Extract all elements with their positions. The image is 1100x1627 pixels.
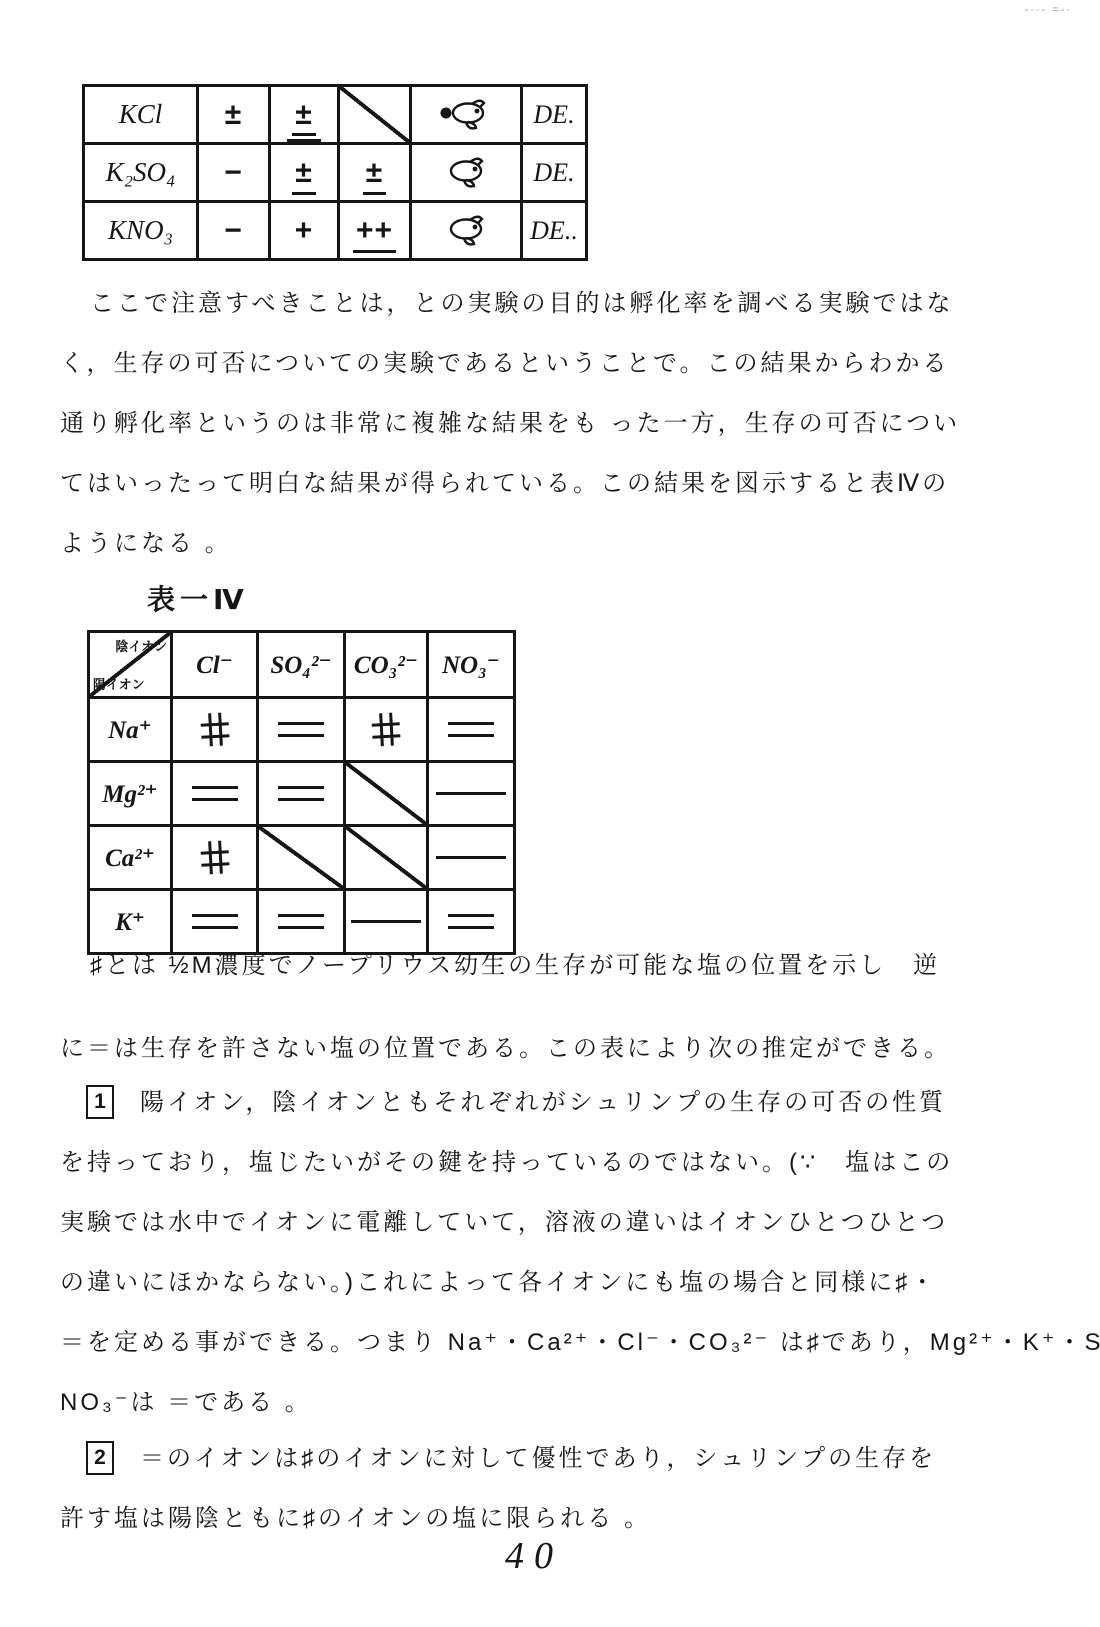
anion-label: 陰イオン: [115, 636, 167, 655]
survival-symbol: [173, 763, 256, 824]
row-header: Mg²⁺: [89, 762, 172, 826]
column-header: CO₃²⁻: [345, 632, 428, 698]
salt-result-table: KCl ± ± DE. K₂SO₄ − ±: [82, 84, 588, 261]
text-line: NO₃⁻は ＝である 。: [60, 1382, 1050, 1442]
survival-symbol: [429, 763, 513, 824]
shrimp-larva-icon: [439, 213, 493, 249]
survival-symbol: [259, 827, 343, 888]
text-line: 1陽イオン，陰イオンともそれぞれがシュリンプの生存の可否の性質: [60, 1082, 1050, 1142]
text-line: てはいったって明白な結果が得られている。この結果を図示すると表Ⅳの: [60, 463, 1050, 523]
result-symbol-underlined: ±: [292, 98, 315, 136]
shrimp-larva-icon: [439, 155, 493, 191]
table-row: Ca²⁺: [89, 826, 515, 890]
result-label: DE.: [522, 144, 587, 202]
text-line: ♯とは ½M濃度でノープリウス幼生の生存が可能な塩の位置を示し 逆: [60, 945, 1050, 1005]
row-header: Na⁺: [89, 698, 172, 762]
item-number-box: 2: [86, 1441, 114, 1475]
column-header: NO₃⁻: [428, 632, 515, 698]
table-row: K⁺: [89, 890, 515, 954]
paragraph: ♯とは ½M濃度でノープリウス幼生の生存が可能な塩の位置を示し 逆 に＝は生存を…: [60, 945, 1050, 1088]
table-header-row: 陰イオン 陽イオン Cl⁻ SO₄²⁻ CO₃²⁻ NO₃⁻: [89, 632, 515, 698]
survival-symbol: [429, 827, 513, 888]
survival-symbol: [173, 891, 256, 952]
text-line: を持っており，塩じたいがその鍵を持っているのではない。(∵ 塩はこの: [60, 1142, 1050, 1202]
shrimp-larva-icon: [439, 97, 493, 133]
survival-symbol: [346, 763, 426, 824]
corner-header-cell: 陰イオン 陽イオン: [89, 632, 172, 698]
cation-label: 陽イオン: [93, 674, 145, 693]
survival-symbol: [346, 699, 426, 760]
table-row: KNO₃ − + ++ DE..: [84, 202, 587, 260]
scanned-document-page: -··- =-· KCl ± ± DE.: [0, 0, 1100, 1627]
text-line: く，生存の可否についての実験であるということで。この結果からわかる: [60, 343, 1050, 403]
table-title: 表一Ⅳ: [147, 578, 249, 618]
survival-symbol: [259, 763, 343, 824]
survival-symbol: [346, 827, 426, 888]
survival-symbol: [173, 699, 256, 760]
item-number-box: 1: [86, 1085, 114, 1119]
item-text: 陽イオン，陰イオンともそれぞれがシュリンプの生存の可否の性質: [140, 1089, 946, 1116]
survival-symbol: [259, 891, 343, 952]
result-symbol-underlined: ±: [292, 156, 315, 195]
result-symbol: −: [224, 214, 243, 247]
salt-formula: KNO₃: [84, 202, 198, 260]
survival-symbol: [429, 891, 513, 952]
text-line: ここで注意すべきことは，との実験の目的は孵化率を調べる実験ではな: [60, 283, 1050, 343]
result-symbol-underlined: ++: [353, 214, 396, 253]
row-header: Ca²⁺: [89, 826, 172, 890]
survival-symbol: [429, 699, 513, 760]
text-line: ようになる 。: [60, 523, 1050, 583]
survival-symbol: [346, 891, 426, 952]
column-header: Cl⁻: [172, 632, 258, 698]
salt-formula: K₂SO₄: [84, 144, 198, 202]
text-line: の違いにほかならない。)これによって各イオンにも塩の場合と同様に♯・: [60, 1262, 1050, 1322]
text-line: 2＝のイオンは♯のイオンに対して優性であり，シュリンプの生存を: [60, 1438, 1050, 1498]
text-line: 実験では水中でイオンに電離していて，溶液の違いはイオンひとつひとつ: [60, 1202, 1050, 1262]
table-row: KCl ± ± DE.: [84, 86, 587, 144]
text-line: ＝を定める事ができる。つまり Na⁺・Ca²⁺・Cl⁻・CO₃²⁻ は♯であり，…: [60, 1322, 1050, 1382]
table-row: Na⁺: [89, 698, 515, 762]
result-symbol: +: [295, 214, 314, 247]
scan-artifact: -··- =-·: [1025, 4, 1072, 16]
page-number: 40: [505, 1534, 563, 1578]
numbered-item: 1陽イオン，陰イオンともそれぞれがシュリンプの生存の可否の性質 を持っており，塩…: [60, 1082, 1050, 1442]
column-header: SO₄²⁻: [258, 632, 345, 698]
item-text: ＝のイオンは♯のイオンに対して優性であり，シュリンプの生存を: [140, 1445, 936, 1472]
diagonal-strike: [340, 87, 409, 142]
paragraph: ここで注意すべきことは，との実験の目的は孵化率を調べる実験ではな く，生存の可否…: [60, 283, 1050, 583]
row-header: K⁺: [89, 890, 172, 954]
survival-symbol: [259, 699, 343, 760]
table-row: K₂SO₄ − ± ± DE.: [84, 144, 587, 202]
text-line: 通り孵化率というのは非常に複雑な結果をも った一方，生存の可否につい: [60, 403, 1050, 463]
text-line: に＝は生存を許さない塩の位置である。この表により次の推定ができる。: [60, 1028, 1050, 1088]
result-symbol: ±: [225, 98, 242, 131]
survival-symbol: [173, 827, 256, 888]
result-label: DE.: [522, 86, 587, 144]
salt-formula: KCl: [84, 86, 198, 144]
result-label: DE..: [522, 202, 587, 260]
result-symbol: −: [224, 156, 243, 189]
table-row: Mg²⁺: [89, 762, 515, 826]
ion-survival-table: 陰イオン 陽イオン Cl⁻ SO₄²⁻ CO₃²⁻ NO₃⁻ Na⁺ Mg²⁺: [87, 630, 516, 955]
result-symbol-underlined: ±: [363, 156, 386, 195]
